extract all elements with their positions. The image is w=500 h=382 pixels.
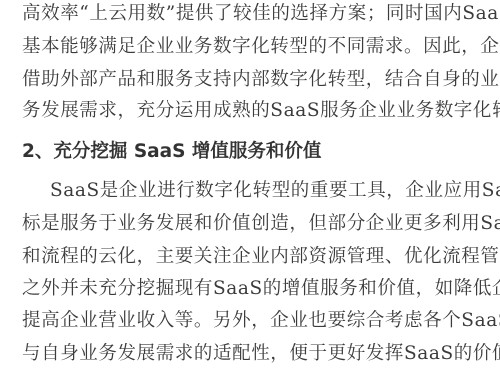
text-line: 基本能够满足企业业务数字化转型的不同需求。因此，企业要进一步 <box>22 35 500 59</box>
text-line: 之外并未充分挖掘现有SaaS的增值服务和价值，如降低企业经营成本、 <box>22 277 500 301</box>
text-line: 与自身业务发展需求的适配性，便于更好发挥SaaS的价值。 <box>22 342 500 366</box>
text-line: SaaS是企业进行数字化转型的重要工具，企业应用SaaS的最终目 <box>50 179 500 203</box>
text-line: 借助外部产品和服务支持内部数字化转型，结合自身的业务场景和业 <box>22 68 500 92</box>
text-line: 务发展需求，充分运用成熟的SaaS服务企业业务数字化转型。 <box>22 99 500 123</box>
text-line: 提高企业营业收入等。另外，企业也要综合考虑各个SaaS产品的功能 <box>22 309 500 333</box>
text-line: 高效率“上云用数”提供了较佳的选择方案；同时国内SaaS产品丰富， <box>22 2 500 26</box>
text-line: 和流程的云化，主要关注企业内部资源管理、优化流程管理等，在此 <box>22 245 500 269</box>
section-heading: 2、充分挖掘 SaaS 增值服务和价值 <box>22 140 321 164</box>
text-line: 标是服务于业务发展和价值创造，但部分企业更多利用SaaS实现业务 <box>22 212 500 236</box>
